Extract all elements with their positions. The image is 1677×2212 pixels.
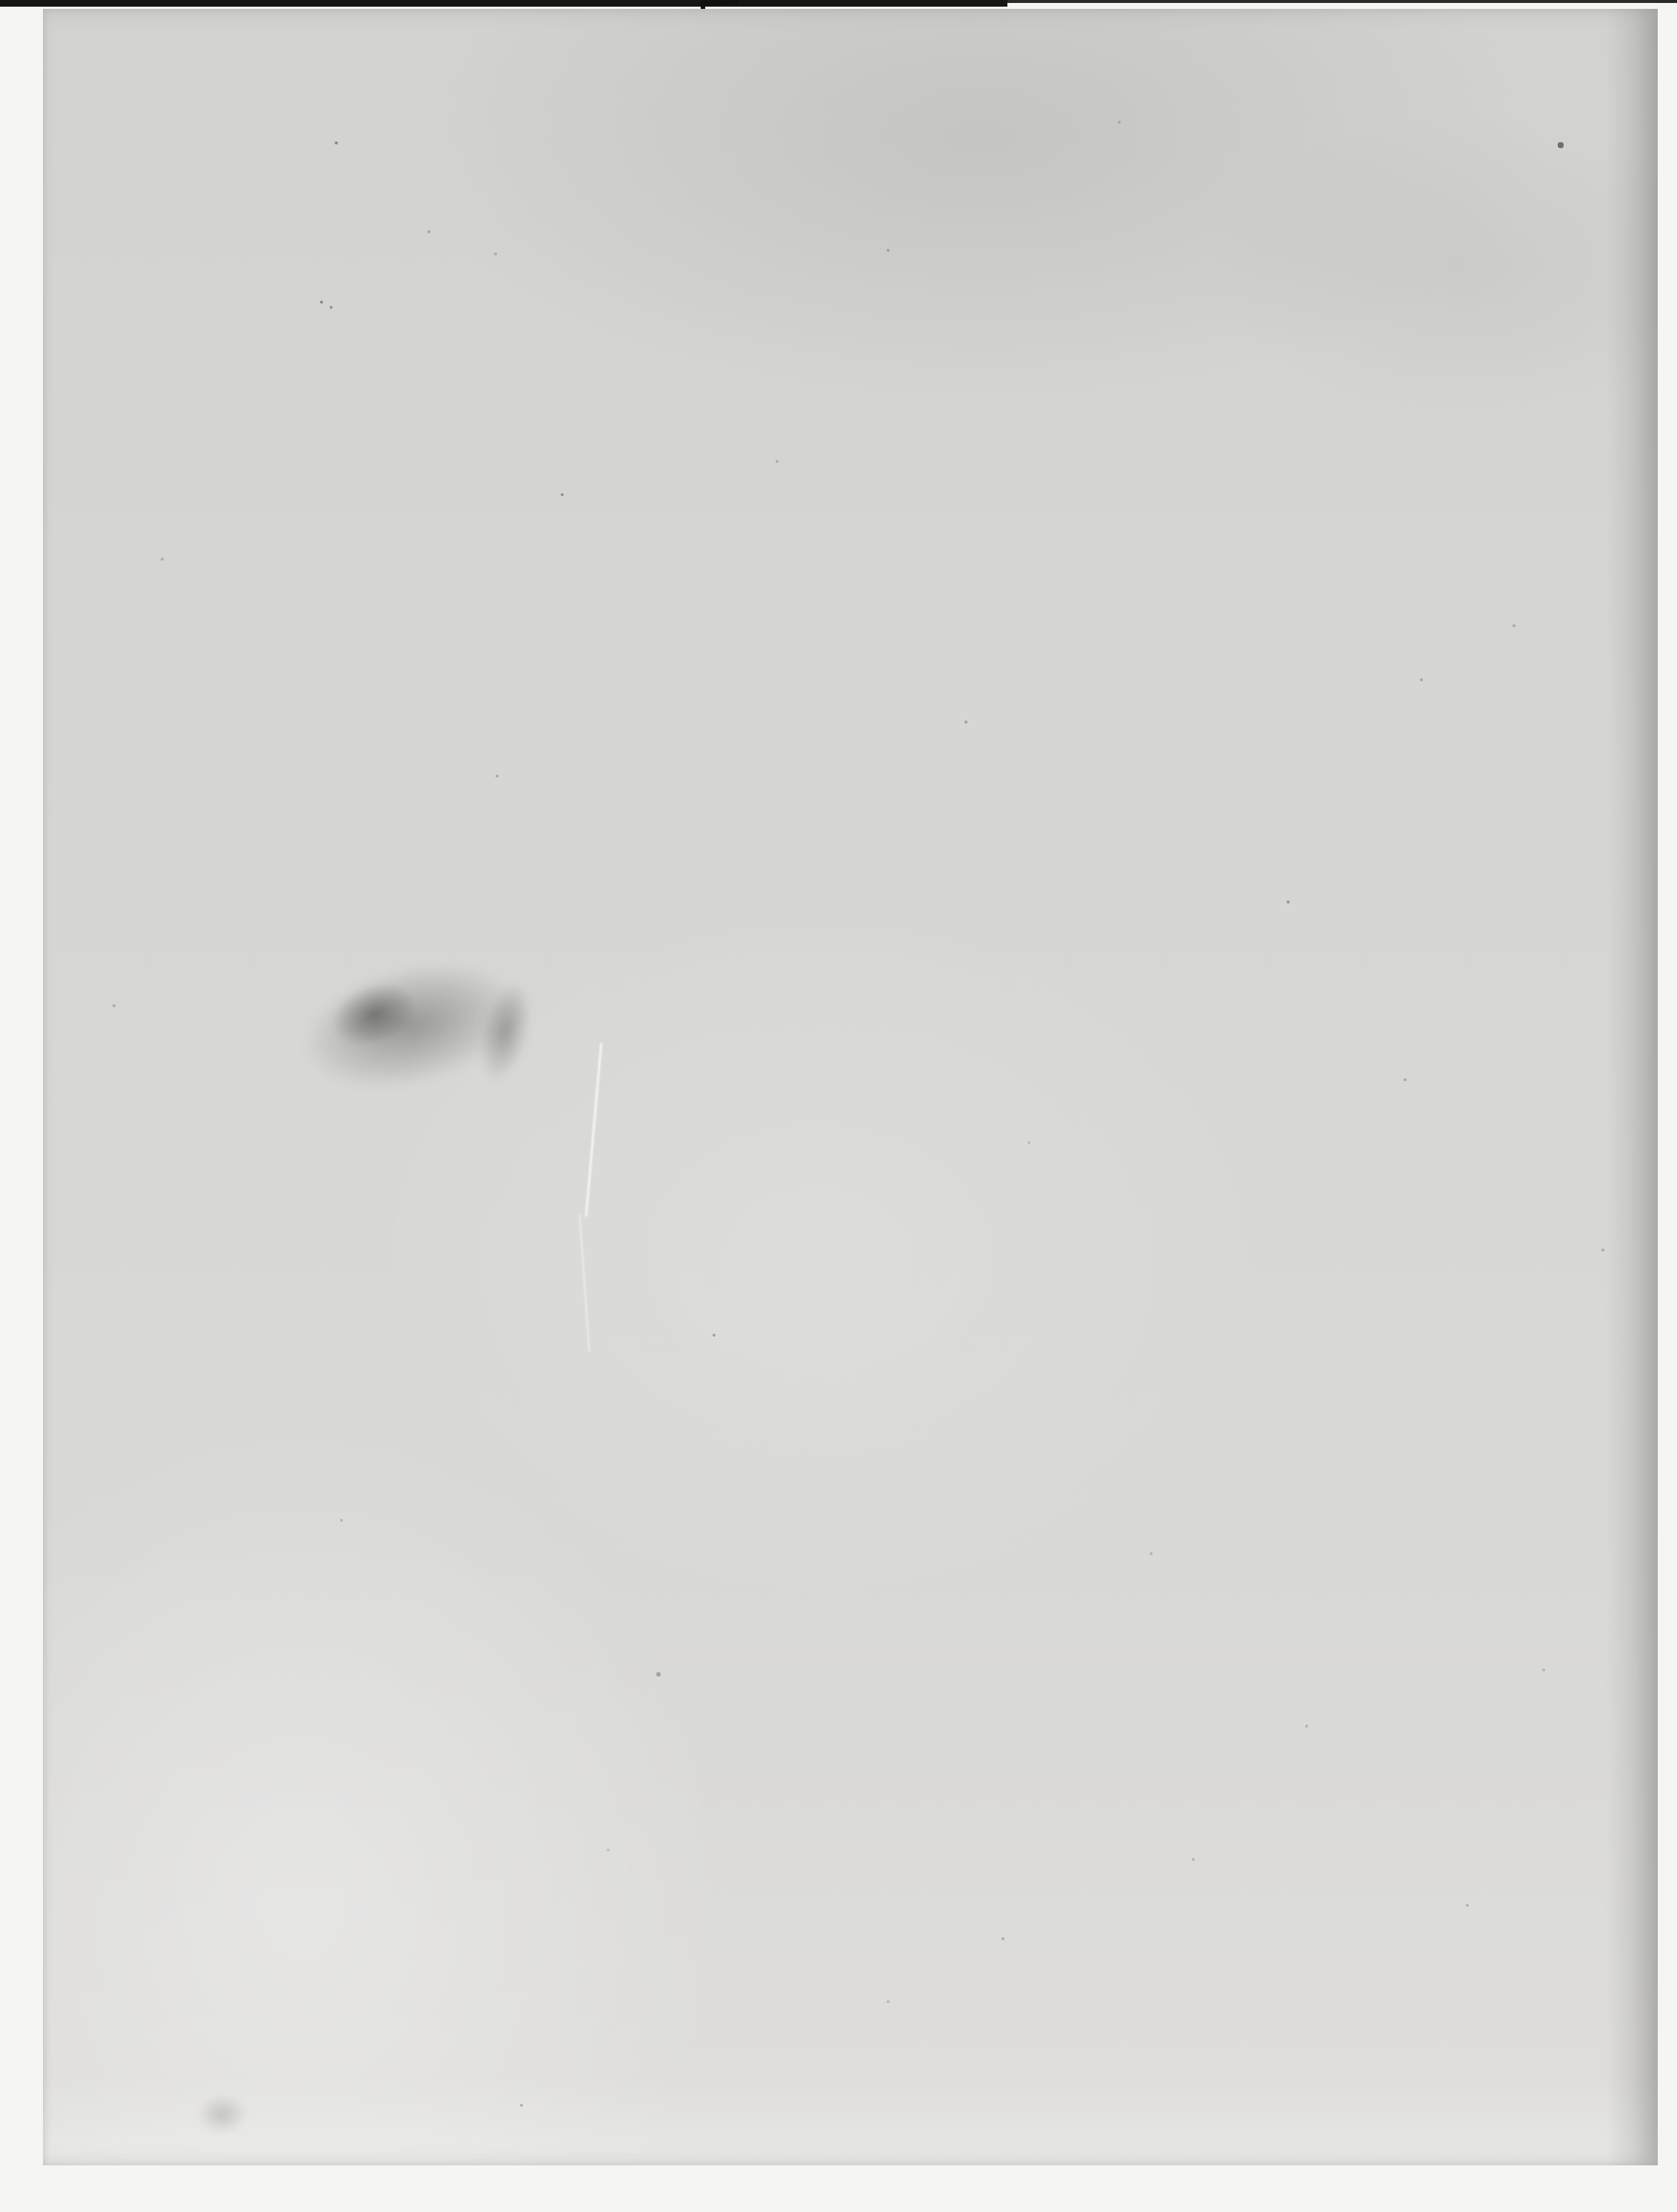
scan-background: { "page": { "number": "3.", "margin_numb… (0, 0, 1677, 2212)
typed-body (0, 0, 1677, 2212)
